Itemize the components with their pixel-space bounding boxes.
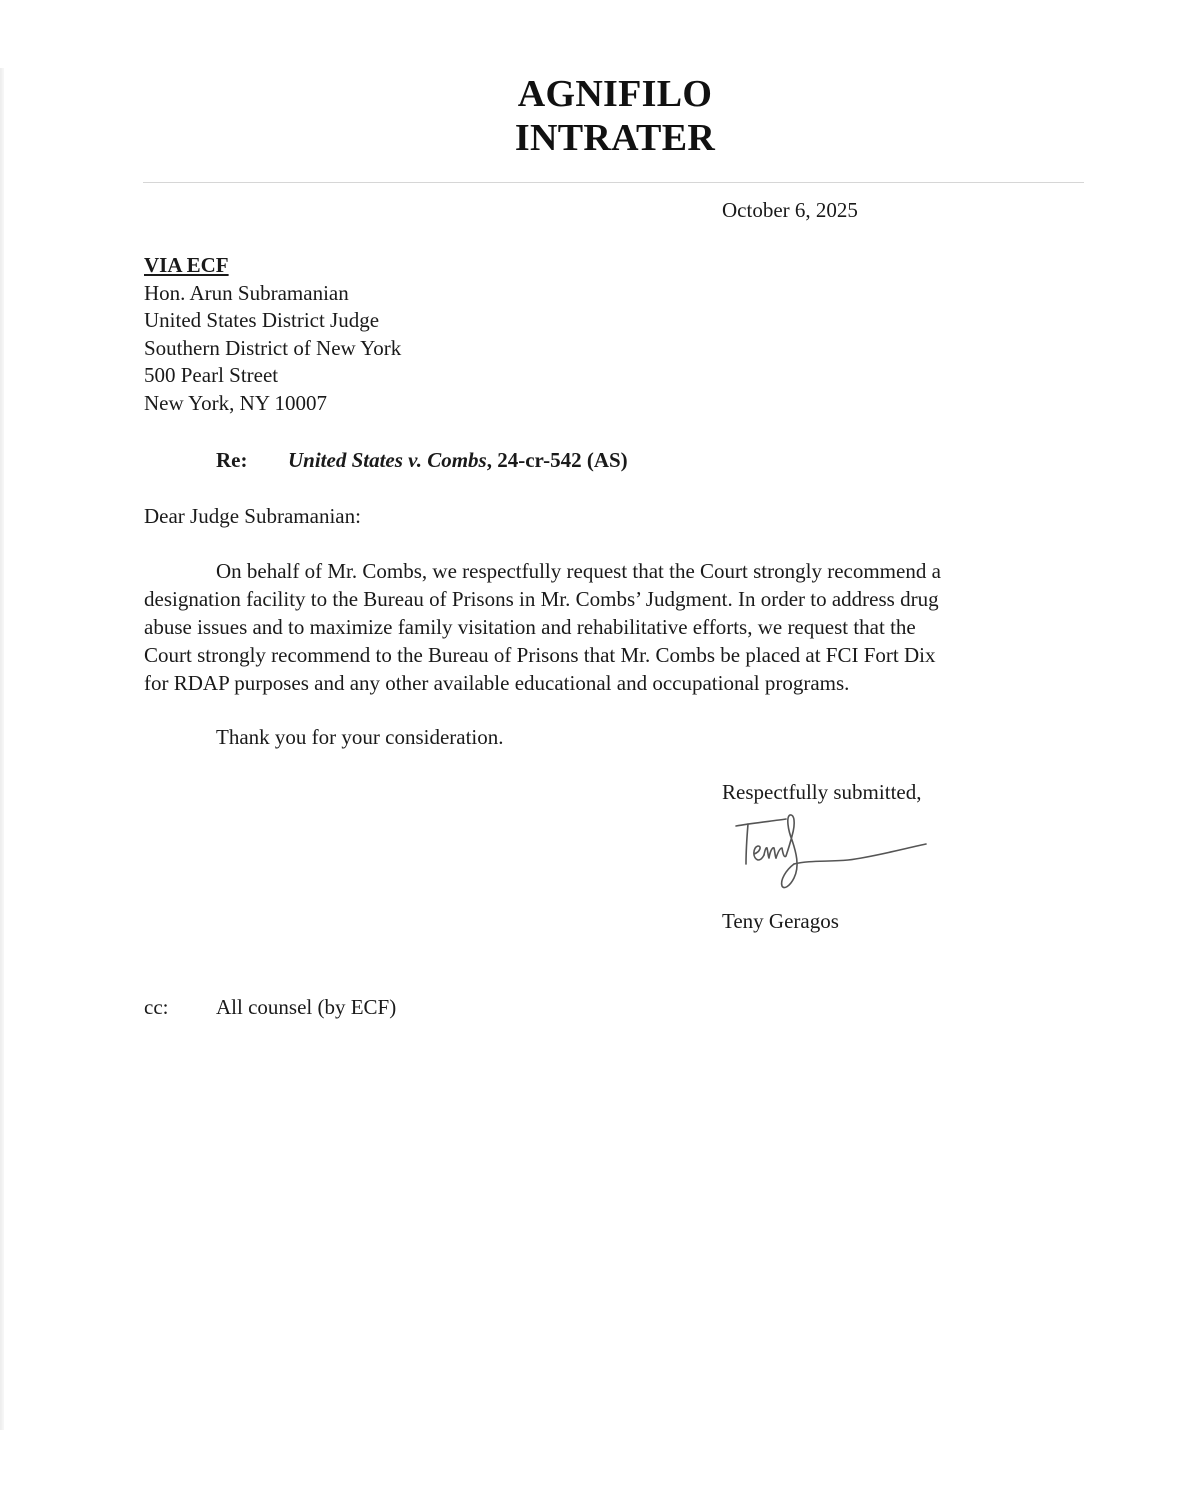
salutation: Dear Judge Subramanian: [144, 503, 361, 531]
letterhead: AGNIFILO INTRATER [0, 72, 1200, 160]
signer-name: Teny Geragos [722, 908, 839, 936]
recipient-line: New York, NY 10007 [144, 390, 401, 418]
case-number: , 24-cr-542 (AS) [487, 448, 628, 472]
cc-value: All counsel (by ECF) [216, 995, 396, 1019]
letter-date: October 6, 2025 [722, 197, 858, 225]
cc-line: cc:All counsel (by ECF) [144, 994, 396, 1022]
closing: Respectfully submitted, [722, 779, 921, 807]
body-line: On behalf of Mr. Combs, we respectfully … [144, 557, 1054, 585]
case-name: United States v. Combs [288, 448, 487, 472]
recipient-line: United States District Judge [144, 307, 401, 335]
body-line: Court strongly recommend to the Bureau o… [144, 641, 1054, 669]
body-line: designation facility to the Bureau of Pr… [144, 585, 1054, 613]
reference-label: Re: [216, 447, 288, 475]
recipient-line: Southern District of New York [144, 335, 401, 363]
page-edge-shadow [0, 68, 4, 1430]
cc-label: cc: [144, 994, 216, 1022]
body-line: abuse issues and to maximize family visi… [144, 613, 1054, 641]
reference-line: Re:United States v. Combs, 24-cr-542 (AS… [216, 447, 628, 475]
recipient-address: VIA ECF Hon. Arun Subramanian United Sta… [144, 252, 401, 417]
recipient-line: Hon. Arun Subramanian [144, 280, 401, 308]
delivery-method: VIA ECF [144, 252, 401, 280]
body-paragraph: On behalf of Mr. Combs, we respectfully … [144, 557, 1054, 697]
thanks-line: Thank you for your consideration. [216, 724, 504, 752]
letterhead-line-1: AGNIFILO [0, 72, 1200, 116]
recipient-line: 500 Pearl Street [144, 362, 401, 390]
body-line: for RDAP purposes and any other availabl… [144, 669, 1054, 697]
letterhead-line-2: INTRATER [0, 116, 1200, 160]
header-divider [143, 182, 1084, 183]
signature-icon [728, 812, 938, 896]
